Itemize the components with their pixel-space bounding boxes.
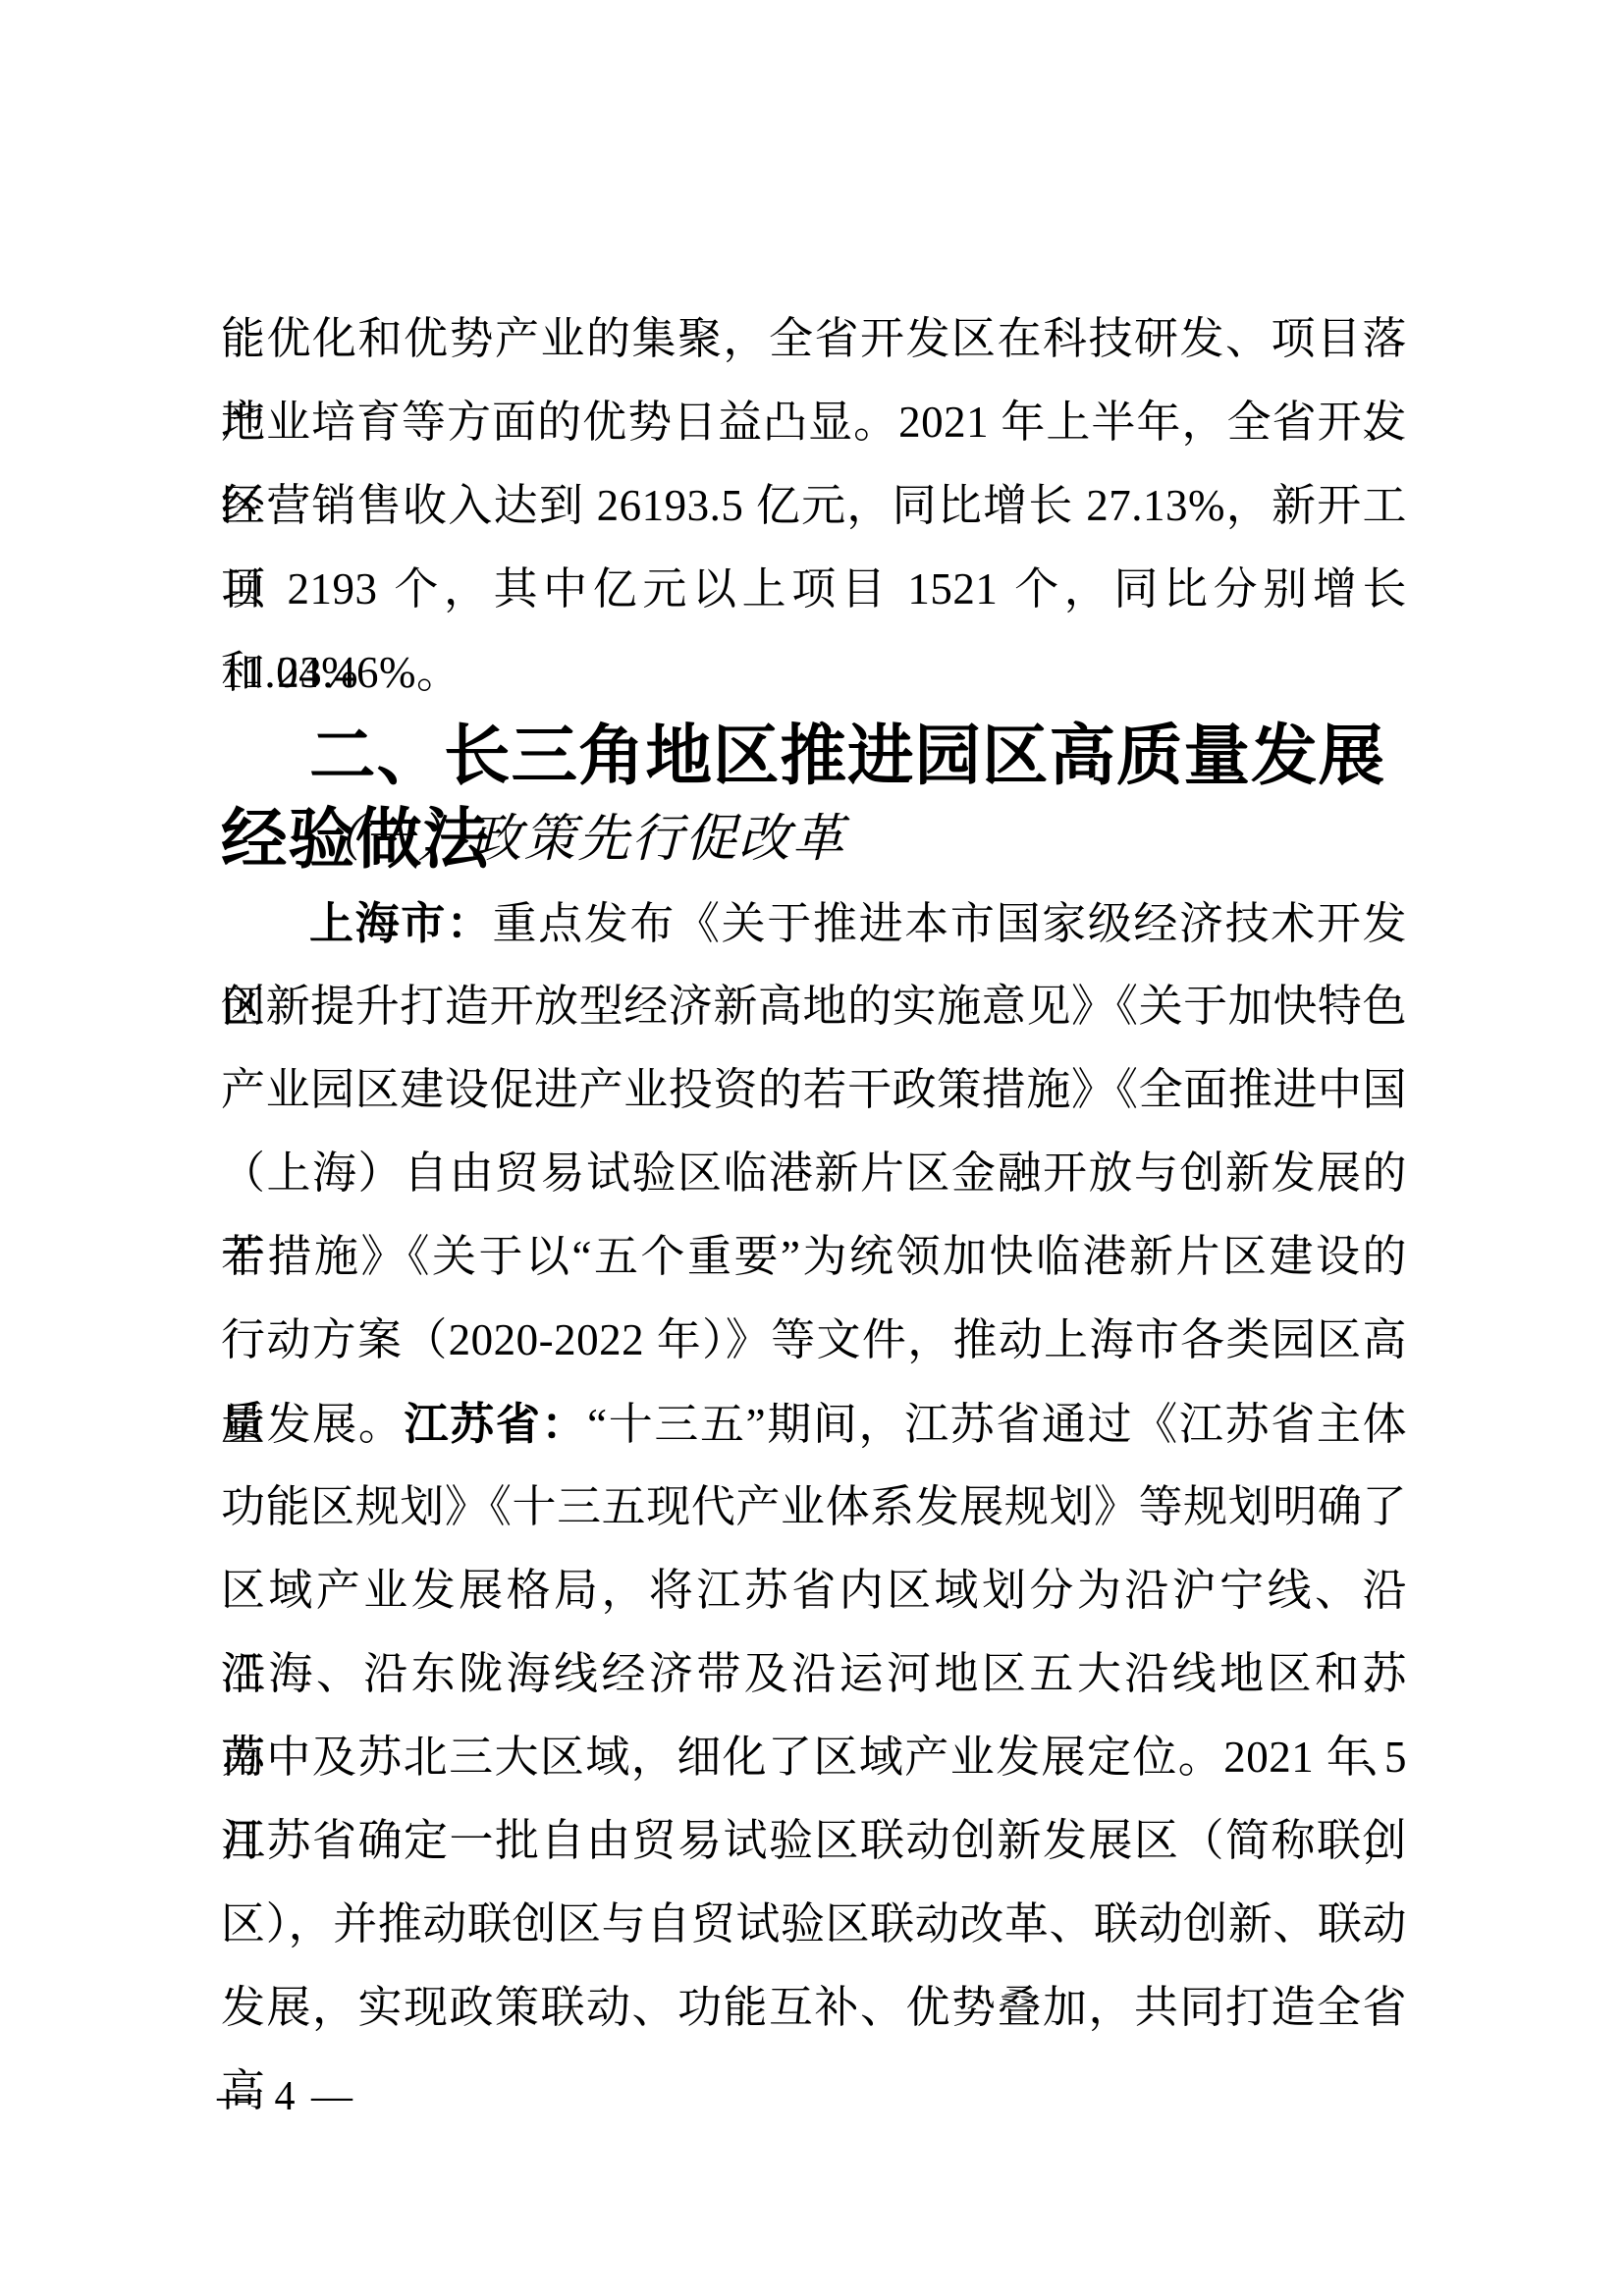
subsection-heading: （一）政策先行促改革 <box>221 798 1407 881</box>
paragraph-line: 经营销售收入达到 26193.5 亿元，同比增长 27.13%，新开工项 <box>221 464 1407 548</box>
emphasis-jiangsu: 江苏省： <box>405 1399 588 1449</box>
paragraph-line: 苏中及苏北三大区域，细化了区域产业发展定位。2021 年 5 月， <box>221 1716 1407 1799</box>
section-heading: 二、长三角地区推进园区高质量发展经验做法 <box>221 715 1407 798</box>
paragraph-line: 上海市：重点发布《关于推进本市国家级经济技术开发区 <box>221 881 1407 965</box>
paragraph-line: 和 23.46%。 <box>221 631 1407 715</box>
paragraph-line: 能优化和优势产业的集聚，全省开发区在科技研发、项目落地、 <box>221 297 1407 381</box>
paragraph-line: 行动方案（2020-2022 年）》等文件，推动上海市各类园区高质 <box>221 1299 1407 1382</box>
paragraph-line: 干措施》《关于以“五个重要”为统领加快临港新片区建设的 <box>221 1215 1407 1299</box>
paragraph-line: 区域产业发展格局，将江苏省内区域划分为沿沪宁线、沿江、 <box>221 1549 1407 1632</box>
line-text: 量发展。 <box>221 1400 405 1449</box>
paragraph-line: （上海）自由贸易试验区临港新片区金融开放与创新发展的若 <box>221 1132 1407 1215</box>
paragraph-line: 发展，实现政策联动、功能互补、优势叠加，共同打造全省高 <box>221 1966 1407 2050</box>
paragraph-line: 目 2193 个，其中亿元以上项目 1521 个，同比分别增长 11.04% <box>221 548 1407 631</box>
paragraph-line: 创新提升打造开放型经济新高地的实施意见》《关于加快特色 <box>221 965 1407 1048</box>
paragraph-line: 江苏省确定一批自由贸易试验区联动创新发展区（简称联创 <box>221 1799 1407 1883</box>
document-page: 能优化和优势产业的集聚，全省开发区在科技研发、项目落地、 产业培育等方面的优势日… <box>0 0 1624 2296</box>
document-body: 能优化和优势产业的集聚，全省开发区在科技研发、项目落地、 产业培育等方面的优势日… <box>221 297 1407 2050</box>
paragraph-line: 产业园区建设促进产业投资的若干政策措施》《全面推进中国 <box>221 1048 1407 1132</box>
line-text: “十三五”期间，江苏省通过《江苏省主体 <box>587 1400 1407 1449</box>
paragraph-line: 量发展。江苏省：“十三五”期间，江苏省通过《江苏省主体 <box>221 1382 1407 1466</box>
page-number: — 4 — <box>217 2069 355 2124</box>
paragraph-line: 区），并推动联创区与自贸试验区联动改革、联动创新、联动 <box>221 1883 1407 1966</box>
emphasis-shanghai: 上海市： <box>309 898 493 948</box>
paragraph-line: 沿海、沿东陇海线经济带及沿运河地区五大沿线地区和苏南、 <box>221 1632 1407 1716</box>
paragraph-line: 产业培育等方面的优势日益凸显。2021 年上半年，全省开发区 <box>221 381 1407 464</box>
paragraph-line: 功能区规划》《十三五现代产业体系发展规划》等规划明确了 <box>221 1466 1407 1549</box>
